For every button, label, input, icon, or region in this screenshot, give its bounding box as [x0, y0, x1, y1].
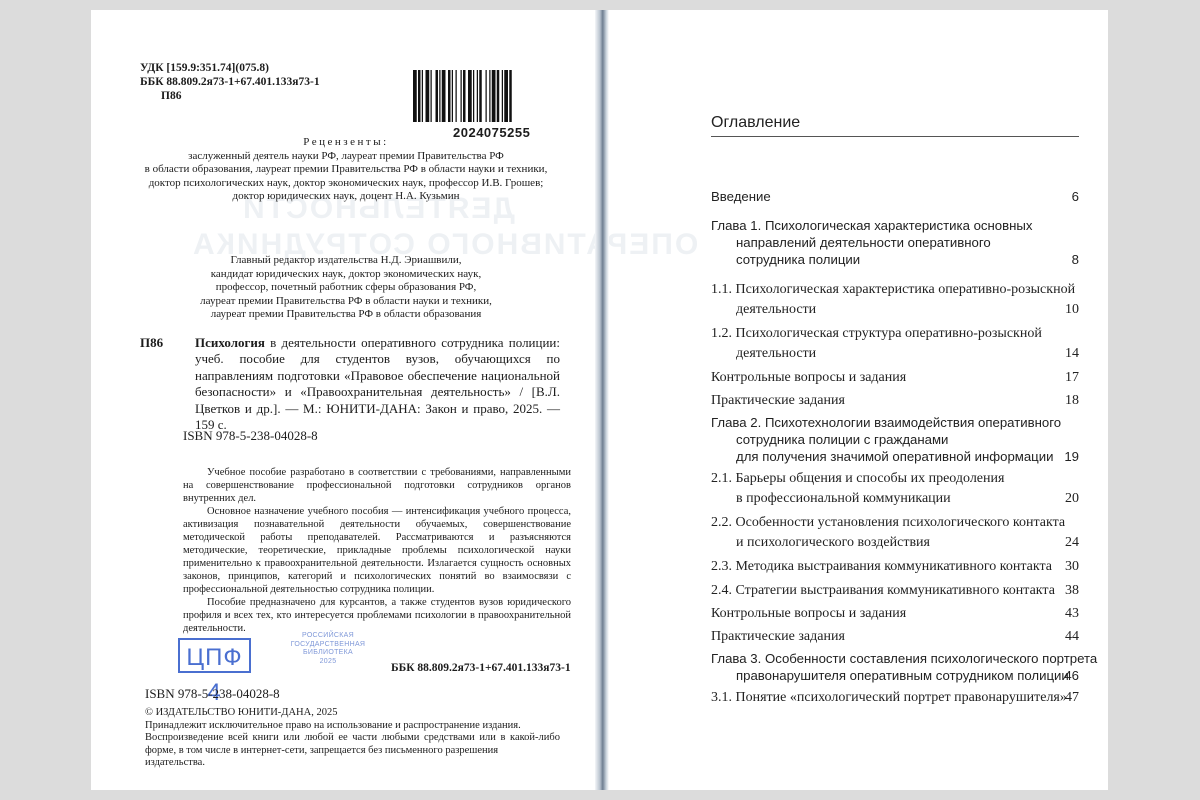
library-stamp: РОССИЙСКАЯ ГОСУДАРСТВЕННАЯ БИБЛИОТЕКА 20…	[283, 632, 373, 666]
toc-entry: Контрольные вопросы и задания17	[711, 368, 1079, 388]
toc-entry: 2.3. Методика выстраивания коммуникативн…	[711, 557, 1079, 577]
book-spine	[595, 10, 609, 790]
toc-page-number: 46	[1064, 667, 1079, 684]
toc-entry: Практические задания44	[711, 627, 1079, 647]
toc-entry-text: сотрудника полиции	[711, 251, 1039, 268]
toc-entry-text: 2.3. Методика выстраивания коммуникативн…	[711, 557, 1039, 577]
toc-page-number: 24	[1065, 533, 1079, 553]
library-stamp-line: ГОСУДАРСТВЕННАЯ	[283, 641, 373, 650]
left-page-imprint: ДЕЯТЕЛЬНОСТИ ОПЕРАТИВНОГО СОТРУДНИКА УДК…	[91, 10, 595, 790]
editor-line: профессор, почетный работник сферы образ…	[131, 281, 561, 295]
toc-entry-text: и психологического воздействия	[711, 533, 1039, 553]
editor-line: кандидат юридических наук, доктор эконом…	[131, 268, 561, 282]
udk-code: УДК [159.9:351.74](075.8)	[140, 61, 320, 75]
toc-page-number: 43	[1065, 604, 1079, 624]
toc-entry: 2.4. Стратегии выстраивания коммуникатив…	[711, 581, 1079, 601]
toc-page-number: 6	[1072, 188, 1079, 205]
toc-page-number: 47	[1065, 688, 1079, 708]
toc-entry: Введение6	[711, 188, 1079, 205]
toc-page-number: 18	[1065, 391, 1079, 411]
toc-entry-text: сотрудника полиции с гражданами	[711, 431, 1039, 448]
cpf-stamp: ЦПФ 4	[178, 638, 251, 673]
annotation-paragraph: Учебное пособие разработано в соответств…	[183, 466, 571, 505]
toc-entry-text: 2.2. Особенности установления психологич…	[711, 513, 1039, 533]
bib-title: Психология	[195, 335, 265, 350]
toc-entry-text: Глава 2. Психотехнологии взаимодействия …	[711, 414, 1039, 431]
toc-entry: 1.1. Психологическая характеристика опер…	[711, 280, 1079, 320]
barcode-icon	[413, 70, 583, 122]
toc-page-number: 30	[1065, 557, 1079, 577]
library-stamp-line: БИБЛИОТЕКА	[283, 649, 373, 658]
toc-title-rule	[711, 136, 1079, 137]
toc-entry-text: 1.1. Психологическая характеристика опер…	[711, 280, 1039, 300]
toc-entry: 2.1. Барьеры общения и способы их преодо…	[711, 469, 1079, 509]
editor-line: Главный редактор издательства Н.Д. Эриаш…	[131, 254, 561, 268]
toc-entry: 3.1. Понятие «психологический портрет пр…	[711, 688, 1079, 708]
toc-entry-text: деятельности	[711, 344, 1039, 364]
editor-line: лауреат премии Правительства РФ в област…	[131, 295, 561, 309]
library-stamp-line: РОССИЙСКАЯ	[283, 632, 373, 641]
toc-entry: Практические задания18	[711, 391, 1079, 411]
copyright-line: Принадлежит исключительное право на испо…	[145, 720, 560, 733]
toc-entry-text: Введение	[711, 188, 1039, 205]
annotation-paragraph: Пособие предназначено для курсантов, а т…	[183, 596, 571, 635]
toc-page-number: 44	[1065, 627, 1079, 647]
bibliographic-record: П86 Психология в деятельности оперативно…	[140, 335, 560, 433]
toc-entry-text: Глава 1. Психологическая характеристика …	[711, 217, 1039, 234]
annotation-paragraph: Основное назначение учебного пособия — и…	[183, 505, 571, 596]
toc-page-number: 20	[1065, 489, 1079, 509]
classification-codes: УДК [159.9:351.74](075.8) ББК 88.809.2я7…	[140, 61, 320, 103]
toc-entry-text: Глава 3. Особенности составления психоло…	[711, 650, 1039, 667]
toc-entry: Глава 3. Особенности составления психоло…	[711, 650, 1079, 684]
toc-entry-text: Практические задания	[711, 391, 1039, 411]
author-mark: П86	[140, 89, 320, 103]
bbk-code-bottom: ББК 88.809.2я73-1+67.401.133я73-1	[391, 662, 571, 674]
toc-entry-text: Контрольные вопросы и задания	[711, 604, 1039, 624]
toc-entry-text: направлений деятельности оперативного	[711, 234, 1039, 251]
bib-code: П86	[140, 335, 163, 351]
chief-editor-block: Главный редактор издательства Н.Д. Эриаш…	[131, 254, 561, 322]
toc-entry: 1.2. Психологическая структура оперативн…	[711, 324, 1079, 364]
toc-entry-text: Контрольные вопросы и задания	[711, 368, 1039, 388]
toc-page-number: 8	[1072, 251, 1079, 268]
copyright-publisher: © ИЗДАТЕЛЬСТВО ЮНИТИ-ДАНА, 2025	[145, 707, 560, 720]
toc-entry-text: 3.1. Понятие «психологический портрет пр…	[711, 688, 1039, 708]
reviewer-line: заслуженный деятель науки РФ, лауреат пр…	[131, 150, 561, 164]
toc-entry: 2.2. Особенности установления психологич…	[711, 513, 1079, 553]
copyright-block: © ИЗДАТЕЛЬСТВО ЮНИТИ-ДАНА, 2025 Принадле…	[145, 707, 560, 770]
toc-entry-text: 1.2. Психологическая структура оперативн…	[711, 324, 1039, 344]
table-of-contents: Введение6Глава 1. Психологическая характ…	[711, 188, 1079, 711]
reviewer-line: доктор юридических наук, доцент Н.А. Куз…	[131, 190, 561, 204]
copyright-line: форме, в том числе в интернет-сети, запр…	[145, 745, 560, 770]
library-stamp-line: 2025	[283, 658, 373, 667]
annotation: Учебное пособие разработано в соответств…	[183, 466, 571, 635]
isbn: ISBN 978-5-238-04028-8	[183, 428, 318, 444]
toc-entry-text: 2.4. Стратегии выстраивания коммуникатив…	[711, 581, 1039, 601]
bbk-code: ББК 88.809.2я73-1+67.401.133я73-1	[140, 75, 320, 89]
right-page-contents: Оглавление Введение6Глава 1. Психологиче…	[609, 10, 1108, 790]
toc-page-number: 10	[1065, 300, 1079, 320]
reviewers-block: Рецензенты: заслуженный деятель науки РФ…	[131, 136, 561, 204]
book-spread-scan: ДЕЯТЕЛЬНОСТИ ОПЕРАТИВНОГО СОТРУДНИКА УДК…	[91, 10, 1108, 790]
bib-description: Психология в деятельности оперативного с…	[195, 335, 560, 433]
reviewer-line: в области образования, лауреат премии Пр…	[131, 163, 561, 177]
toc-entry-text: Практические задания	[711, 627, 1039, 647]
toc-entry-text: 2.1. Барьеры общения и способы их преодо…	[711, 469, 1039, 489]
toc-entry: Контрольные вопросы и задания43	[711, 604, 1079, 624]
toc-entry-text: для получения значимой оперативной инфор…	[711, 448, 1039, 465]
copyright-line: Воспроизведение всей книги или любой ее …	[145, 732, 560, 745]
reviewer-line: доктор психологических наук, доктор экон…	[131, 177, 561, 191]
toc-entry: Глава 2. Психотехнологии взаимодействия …	[711, 414, 1079, 465]
toc-page-number: 38	[1065, 581, 1079, 601]
reviewers-title: Рецензенты:	[131, 136, 561, 150]
toc-entry-text: деятельности	[711, 300, 1039, 320]
toc-page-number: 17	[1065, 368, 1079, 388]
toc-entry-text: в профессиональной коммуникации	[711, 489, 1039, 509]
toc-page-number: 19	[1064, 448, 1079, 465]
toc-entry-text: правонарушителя оперативным сотрудником …	[711, 667, 1039, 684]
toc-entry: Глава 1. Психологическая характеристика …	[711, 217, 1079, 268]
toc-page-number: 14	[1065, 344, 1079, 364]
isbn-bottom: ISBN 978-5-238-04028-8	[145, 686, 280, 702]
editor-line: лауреат премии Правительства РФ в област…	[131, 308, 561, 322]
toc-title: Оглавление	[711, 114, 800, 132]
